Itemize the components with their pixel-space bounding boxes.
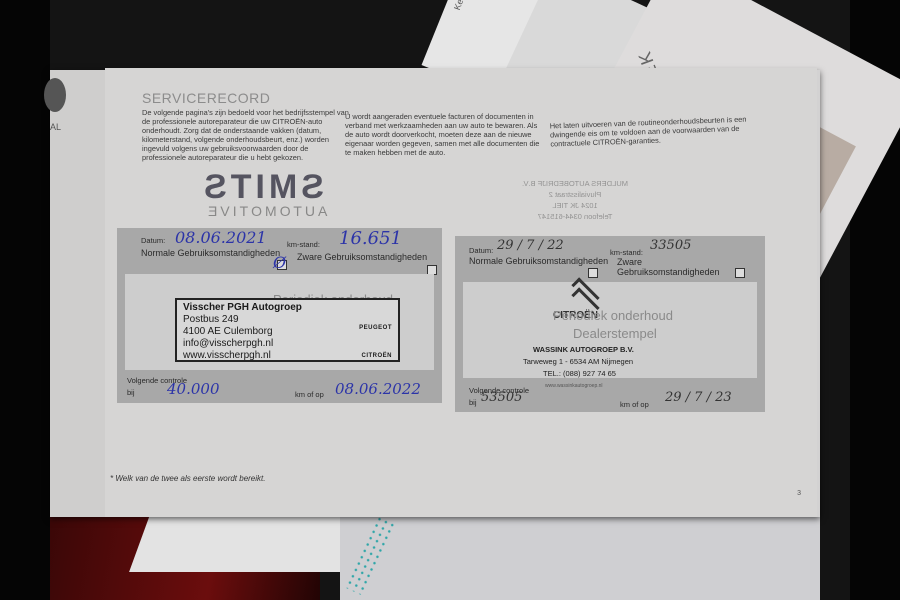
normal-conditions-checkbox[interactable] [588, 268, 598, 278]
intro-column-1: De volgende pagina's zijn bedoeld voor h… [142, 108, 352, 162]
ghost-periodic: Periodiek onderhoud [553, 308, 673, 323]
bij-label: bij [469, 398, 477, 407]
logo-text: AL [50, 122, 61, 132]
dealer-email: info@visscherpgh.nl [183, 338, 392, 350]
next-date-value: 29 / 7 / 23 [665, 390, 732, 405]
booklet-left-page: AL [50, 70, 105, 517]
lower-paper-right [340, 512, 820, 600]
datum-label: Datum: [469, 246, 493, 255]
footnote: * Welk van de twee als eerste wordt bere… [110, 474, 265, 483]
citroen-brand: CITROËN [362, 350, 393, 362]
ghost-stamp-mulders: MULDERS AUTOBEDRIJF B.V. Pluvialisstraat… [500, 178, 650, 222]
intro-column-3: Het laten uitvoeren van de routineonderh… [550, 115, 751, 149]
ghost-dealerstamp: Dealerstempel [573, 326, 657, 341]
dealer-name: Visscher PGH Autogroep [183, 302, 392, 314]
peugeot-brand: PEUGEOT [359, 322, 392, 334]
km-of-op-label: km of op [295, 390, 324, 399]
datum-value: 29 / 7 / 22 [497, 238, 564, 253]
km-of-op-label: km of op [620, 400, 649, 409]
normal-check-mark: Ø [273, 253, 286, 272]
next-date-value: 08.06.2022 [335, 380, 421, 398]
next-km-value: 53505 [481, 390, 522, 405]
heavy-conditions-label: Zware Gebruiksomstandigheden [297, 252, 437, 262]
brand-logo-icon [44, 78, 66, 112]
service-record-page: SERVICERECORD De volgende pagina's zijn … [105, 68, 817, 517]
page-title: SERVICERECORD [142, 90, 270, 106]
stamp-area: CITROËN Periodiek onderhoud Dealerstempe… [463, 282, 757, 378]
bij-label: bij [127, 388, 135, 397]
km-stand-value: 16.651 [339, 228, 402, 249]
dealer-name: WASSINK AUTOGROEP B.V. [533, 344, 634, 355]
normal-conditions-label: Normale Gebruiksomstandigheden [141, 248, 291, 258]
dealer-website: www.wassinkautogroep.nl [545, 381, 603, 392]
km-stand-label: km-stand: [287, 240, 320, 249]
service-record-2: Datum: 29 / 7 / 22 km-stand: 33505 Norma… [455, 236, 765, 412]
dealer-stamp-visscher: Visscher PGH Autogroep Postbus 249 4100 … [175, 298, 400, 362]
datum-value: 08.06.2021 [175, 228, 267, 247]
dealer-address: Tarweweg 1 - 6534 AM Nijmegen [523, 356, 633, 367]
service-booklet: AL SERVICERECORD De volgende pagina's zi… [50, 70, 820, 517]
km-stand-label: km-stand: [610, 248, 643, 257]
heavy-conditions-checkbox[interactable] [735, 268, 745, 278]
datum-label: Datum: [141, 236, 165, 245]
normal-conditions-label: Normale Gebruiksomstandigheden [469, 256, 609, 266]
next-km-value: 40.000 [167, 380, 220, 398]
ghost-stamp-automotive: AUTOMOTIVE [205, 203, 327, 219]
km-stand-value: 33505 [650, 238, 691, 253]
intro-column-2: U wordt aangeraden eventuele facturen of… [345, 112, 545, 157]
heavy-conditions-label: Zware Gebruiksomstandigheden [617, 257, 747, 277]
dealer-phone: TEL.: (088) 927 74 65 [543, 368, 616, 379]
ghost-stamp-smits: SMITS [200, 168, 324, 207]
page-number: 3 [797, 490, 801, 497]
